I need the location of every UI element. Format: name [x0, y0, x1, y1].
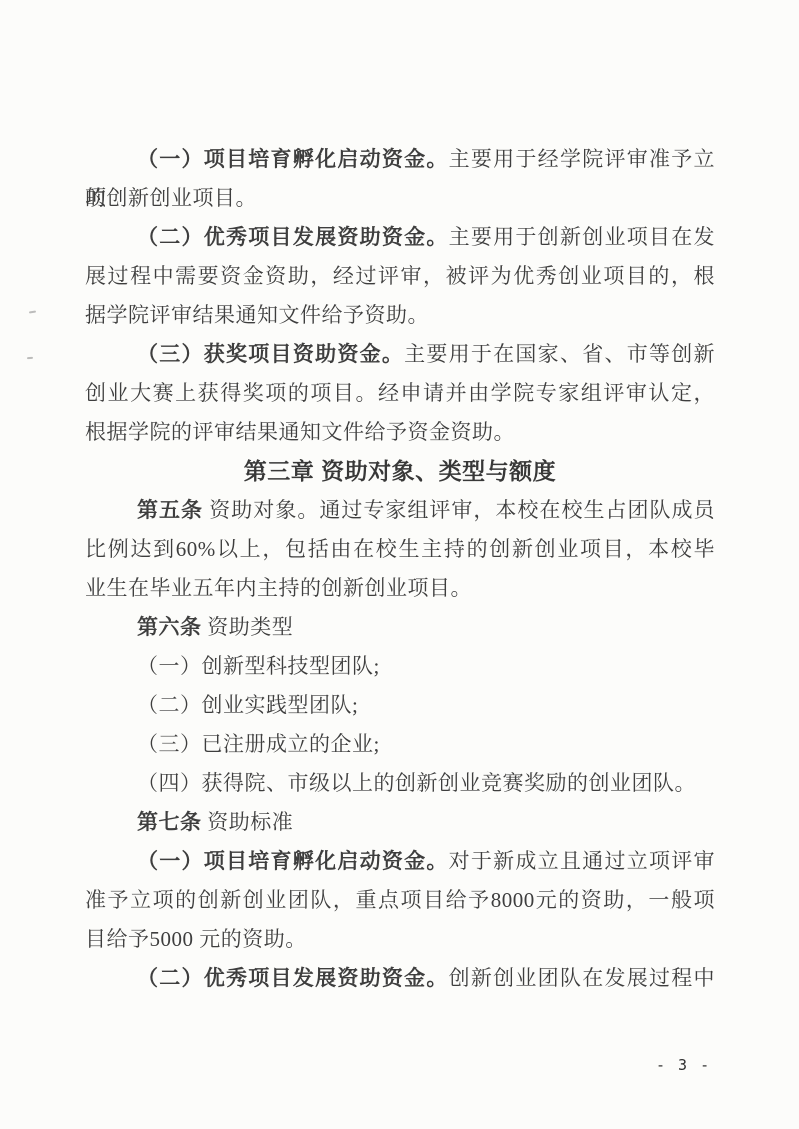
text-run: （一）创新型科技型团队;	[137, 654, 380, 678]
text-run: 对于新成立且通过立项评审	[449, 849, 715, 873]
text-line: （二）优秀项目发展资助资金。创新创业团队在发展过程中	[85, 959, 715, 998]
text-run: 业生在毕业五年内主持的创新创业项目。	[85, 576, 472, 600]
bold-text-run: （一）项目培育孵化启动资金。	[137, 147, 449, 171]
text-line: 准予立项的创新创业团队，重点项目给予8000元的资助，一般项	[85, 881, 715, 920]
text-line: （一）项目培育孵化启动资金。主要用于经学院评审准予立项	[85, 140, 715, 179]
page-number: - 3 -	[656, 1056, 711, 1074]
text-line: 业生在毕业五年内主持的创新创业项目。	[85, 569, 715, 608]
text-run: 比例达到60%以上，包括由在校生主持的创新创业项目，本校毕	[85, 537, 715, 561]
text-run: 展过程中需要资金资助，经过评审，被评为优秀创业项目的，根	[85, 264, 715, 288]
text-run: 资助类型	[202, 615, 294, 639]
text-run: 据学院评审结果通知文件给予资助。	[85, 303, 429, 327]
text-line: （四）获得院、市级以上的创新创业竞赛奖励的创业团队。	[85, 764, 715, 803]
text-line: （三）已注册成立的企业;	[85, 725, 715, 764]
text-line: 的创新创业项目。	[85, 179, 715, 218]
text-run: （四）获得院、市级以上的创新创业竞赛奖励的创业团队。	[137, 771, 696, 795]
text-run: 资助标准	[202, 810, 294, 834]
text-run: 根据学院的评审结果通知文件给予资金资助。	[85, 420, 515, 444]
bold-text-run: 第五条	[137, 498, 203, 522]
text-line: 第七条 资助标准	[85, 803, 715, 842]
text-run: 主要用于创新创业项目在发	[449, 225, 715, 249]
text-line: 创业大赛上获得奖项的项目。经申请并由学院专家组评审认定，	[85, 374, 715, 413]
text-run: 目给予5000 元的资助。	[85, 927, 307, 951]
text-line: 目给予5000 元的资助。	[85, 920, 715, 959]
bold-text-run: （一）项目培育孵化启动资金。	[137, 849, 449, 873]
text-run: （二）创业实践型团队;	[137, 693, 358, 717]
text-line: （三）获奖项目资助资金。主要用于在国家、省、市等创新	[85, 335, 715, 374]
text-run: （三）已注册成立的企业;	[137, 732, 380, 756]
bold-text-run: （二）优秀项目发展资助资金。	[137, 225, 449, 249]
bold-text-run: 第六条	[137, 615, 202, 639]
text-line: 第六条 资助类型	[85, 608, 715, 647]
scan-artifact	[27, 357, 33, 360]
document-body: （一）项目培育孵化启动资金。主要用于经学院评审准予立项的创新创业项目。（二）优秀…	[85, 140, 715, 998]
text-line: （二）优秀项目发展资助资金。主要用于创新创业项目在发	[85, 218, 715, 257]
text-line: 据学院评审结果通知文件给予资助。	[85, 296, 715, 335]
bold-text-run: 第七条	[137, 810, 202, 834]
text-line: 第五条 资助对象。通过专家组评审，本校在校生占团队成员	[85, 491, 715, 530]
chapter-heading: 第三章 资助对象、类型与额度	[85, 452, 715, 491]
bold-text-run: 第三章 资助对象、类型与额度	[244, 458, 556, 484]
text-line: （二）创业实践型团队;	[85, 686, 715, 725]
text-run: 资助对象。通过专家组评审，本校在校生占团队成员	[203, 498, 715, 522]
text-run: 准予立项的创新创业团队，重点项目给予8000元的资助，一般项	[85, 888, 715, 912]
text-run: 主要用于在国家、省、市等创新	[404, 342, 715, 366]
text-line: 展过程中需要资金资助，经过评审，被评为优秀创业项目的，根	[85, 257, 715, 296]
bold-text-run: （三）获奖项目资助资金。	[137, 342, 404, 366]
text-line: 根据学院的评审结果通知文件给予资金资助。	[85, 413, 715, 452]
bold-text-run: （二）优秀项目发展资助资金。	[137, 966, 449, 990]
text-line: （一）项目培育孵化启动资金。对于新成立且通过立项评审	[85, 842, 715, 881]
text-run: 的创新创业项目。	[85, 186, 257, 210]
text-line: 比例达到60%以上，包括由在校生主持的创新创业项目，本校毕	[85, 530, 715, 569]
text-line: （一）创新型科技型团队;	[85, 647, 715, 686]
document-page: （一）项目培育孵化启动资金。主要用于经学院评审准予立项的创新创业项目。（二）优秀…	[0, 0, 799, 1129]
text-run: 创新创业团队在发展过程中	[449, 966, 715, 990]
text-run: 创业大赛上获得奖项的项目。经申请并由学院专家组评审认定，	[85, 381, 715, 405]
scan-artifact	[29, 311, 36, 314]
